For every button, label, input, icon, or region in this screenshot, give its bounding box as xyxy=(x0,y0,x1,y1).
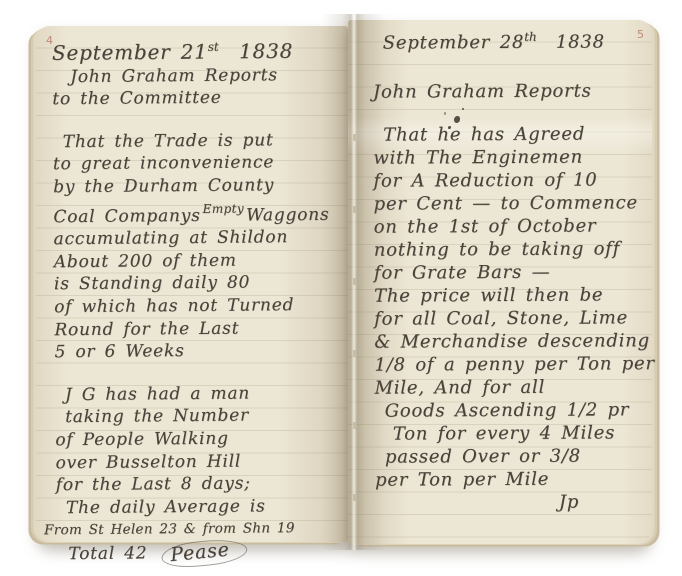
manuscript-line: to the Committee xyxy=(52,86,336,111)
manuscript-line: John Graham Reports xyxy=(70,63,336,88)
total-text: Total 42 xyxy=(68,543,147,566)
manuscript-line: 5 or 6 Weeks xyxy=(54,339,338,364)
right-page: 5 September 28th 1838 John Graham Report… xyxy=(348,20,652,544)
manuscript-line: accumulating at Shildon xyxy=(54,226,338,251)
manuscript-line: for A Reduction of 10 xyxy=(373,168,643,192)
date-year: 1838 xyxy=(556,31,605,52)
manuscript-line: Round for the Last xyxy=(54,316,338,341)
manuscript-line: 1/8 of a penny per Ton per xyxy=(374,352,644,376)
manuscript-line: About 200 of them xyxy=(54,249,338,274)
manuscript-line: with The Enginemen xyxy=(373,145,643,169)
paragraph-gap xyxy=(373,53,643,80)
initials: Jp xyxy=(375,491,579,515)
manuscript-line: Mile, And for all xyxy=(374,375,644,399)
right-page-text: September 28th 1838 John Graham Reports … xyxy=(347,19,654,545)
manuscript-line: of which has not Turned xyxy=(54,294,338,319)
date-year: 1838 xyxy=(239,39,293,63)
paragraph-gap xyxy=(373,102,643,123)
manuscript-line: nothing to be taking off xyxy=(374,237,644,261)
date-ordinal: st xyxy=(208,40,219,54)
date-ordinal: th xyxy=(524,30,537,44)
manuscript-line: Ton for every 4 Miles xyxy=(393,421,645,445)
entry-date: September 21st 1838 xyxy=(52,33,336,66)
inserted-word: Empty xyxy=(203,201,245,215)
date-text: September 28 xyxy=(383,32,525,54)
paragraph-gap xyxy=(55,362,339,384)
open-notebook: 4 September 21st 1838 John Graham Report… xyxy=(30,14,658,550)
manuscript-line: is Standing daily 80 xyxy=(54,271,338,296)
manuscript-line: over Busselton Hill xyxy=(55,449,339,474)
paragraph-gap xyxy=(52,109,336,131)
manuscript-line: The price will then be xyxy=(374,283,644,307)
line-text: Waggons xyxy=(246,204,330,225)
manuscript-line: per Ton per Mile xyxy=(375,467,645,491)
manuscript-line: per Cent — to Commence xyxy=(374,191,644,215)
left-page: 4 September 21st 1838 John Graham Report… xyxy=(36,26,348,542)
manuscript-line: for Grate Bars — xyxy=(374,260,644,284)
manuscript-line: That he has Agreed xyxy=(383,122,643,146)
manuscript-line: J G has had a man xyxy=(65,382,339,407)
signature: Pease xyxy=(160,537,248,570)
tally-line: From St Helen 23 & from Shn 19 xyxy=(44,517,340,542)
manuscript-line: of People Walking xyxy=(55,427,339,452)
manuscript-line: on the 1st of October xyxy=(374,214,644,238)
manuscript-line: for the Last 8 days; xyxy=(56,472,340,497)
total-line: Total 42Pease xyxy=(68,540,340,567)
manuscript-line: for all Coal, Stone, Lime xyxy=(374,306,644,330)
manuscript-line-with-insertion: Coal CompanysEmptyWaggons xyxy=(53,196,337,228)
manuscript-line: John Graham Reports xyxy=(373,79,643,103)
manuscript-line: That the Trade is put xyxy=(63,129,337,154)
manuscript-line: by the Durham County xyxy=(53,174,337,199)
manuscript-line: to great inconvenience xyxy=(53,151,337,176)
manuscript-line: The daily Average is xyxy=(66,494,340,519)
manuscript-line: passed Over or 3/8 xyxy=(385,444,645,468)
date-text: September 21 xyxy=(52,40,208,65)
entry-date: September 28th 1838 xyxy=(383,25,643,54)
manuscript-line: Goods Ascending 1/2 pr xyxy=(385,398,645,422)
line-text: Coal Companys xyxy=(53,206,200,227)
manuscript-line: & Merchandise descending xyxy=(374,329,644,353)
manuscript-line: taking the Number xyxy=(65,404,339,429)
left-page-text: September 21st 1838 John Graham Reports … xyxy=(34,25,350,544)
